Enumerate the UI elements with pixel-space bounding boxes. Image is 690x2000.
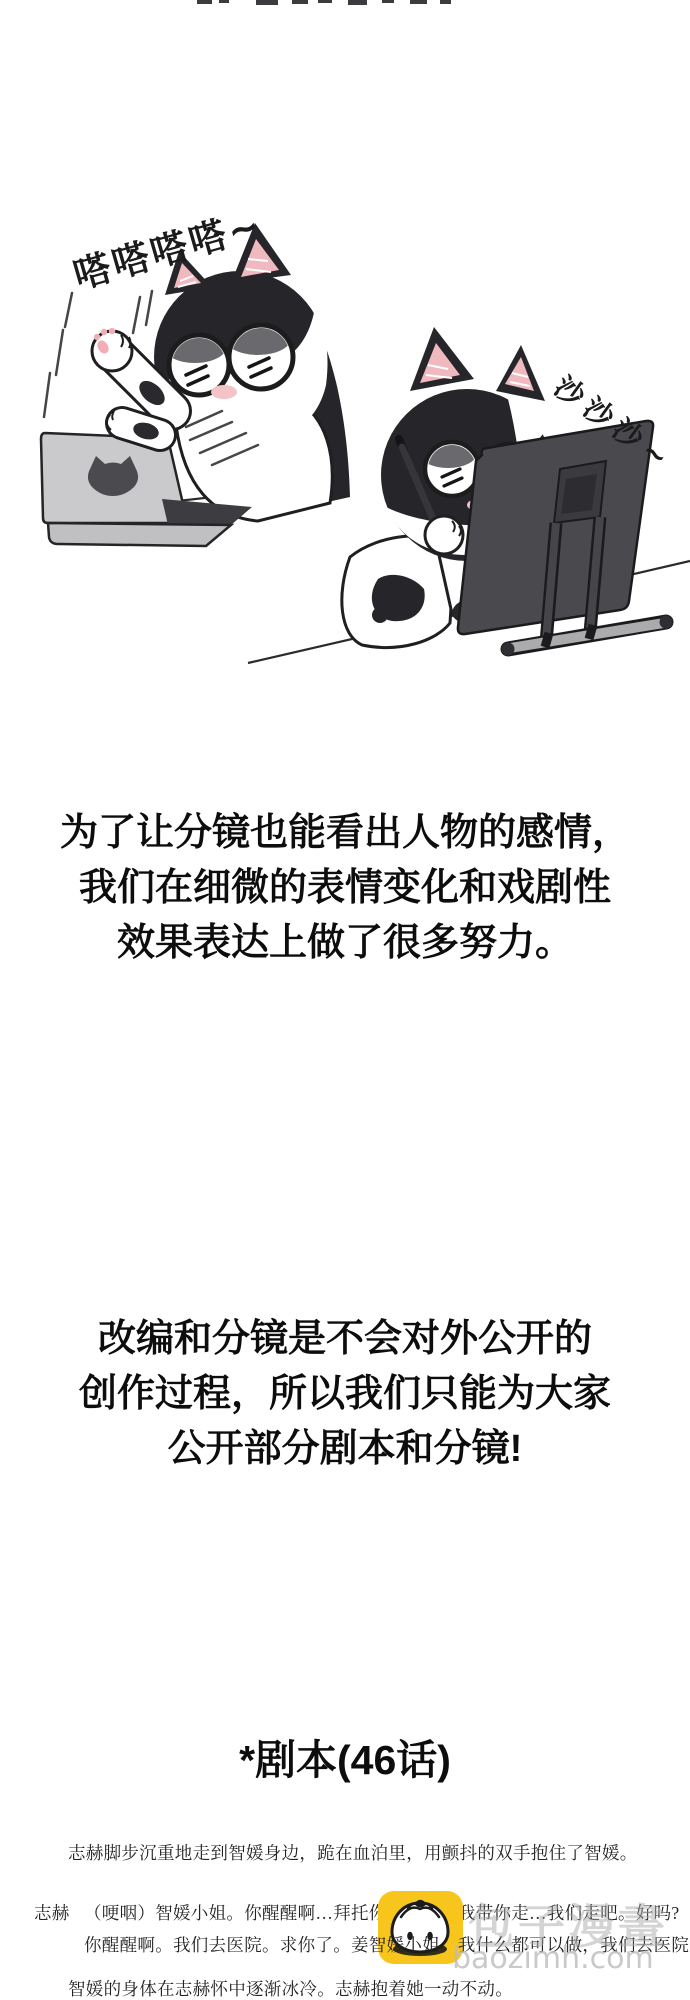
intro-paragraph-1: 为了让分镜也能看出人物的感情， 我们在细微的表情变化和戏剧性 效果表达上做了很多… [0, 806, 690, 971]
text-fragment [292, 0, 308, 4]
stage-direction-1: 志赫脚步沉重地走到智媛身边，跪在血泊里，用颤抖的双手抱住了智媛。 [68, 1841, 638, 1865]
paragraph-line: 公开部分剧本和分镜! [0, 1422, 690, 1477]
text-fragment [410, 0, 427, 4]
text-fragment [348, 0, 367, 5]
intro-paragraph-2: 改编和分镜是不会对外公开的 创作过程，所以我们只能为大家 公开部分剧本和分镜! [0, 1312, 690, 1477]
watermark-domain-text: baozimh.com [452, 1941, 654, 1976]
text-fragment [219, 0, 229, 3]
paragraph-line: 创作过程，所以我们只能为大家 [0, 1367, 690, 1422]
paragraph-line: 效果表达上做了很多努力。 [0, 916, 690, 971]
stage-direction-2: 智媛的身体在志赫怀中逐渐冰冷。志赫抱着她一动不动。 [68, 1977, 513, 2000]
top-cropped-text [0, 0, 690, 8]
text-fragment [440, 0, 451, 4]
paragraph-line: 为了让分镜也能看出人物的感情， [0, 806, 690, 861]
text-fragment [197, 0, 212, 4]
cats-working-illustration: 嗒嗒嗒嗒~ 沙沙沙~ [0, 185, 690, 665]
text-fragment [382, 0, 394, 3]
text-fragment [318, 0, 332, 3]
dialogue-speaker: 志赫 [34, 1901, 70, 1925]
paragraph-line: 改编和分镜是不会对外公开的 [0, 1312, 690, 1367]
comic-page: 嗒嗒嗒嗒~ 沙沙沙~ 为了让分镜也能看出人物的感情， 我们在细微的表情变化和戏剧… [0, 0, 690, 2000]
script-section-heading: *剧本(46话) [0, 1727, 690, 1786]
text-fragment [256, 0, 278, 5]
paragraph-line: 我们在细微的表情变化和戏剧性 [0, 861, 690, 916]
